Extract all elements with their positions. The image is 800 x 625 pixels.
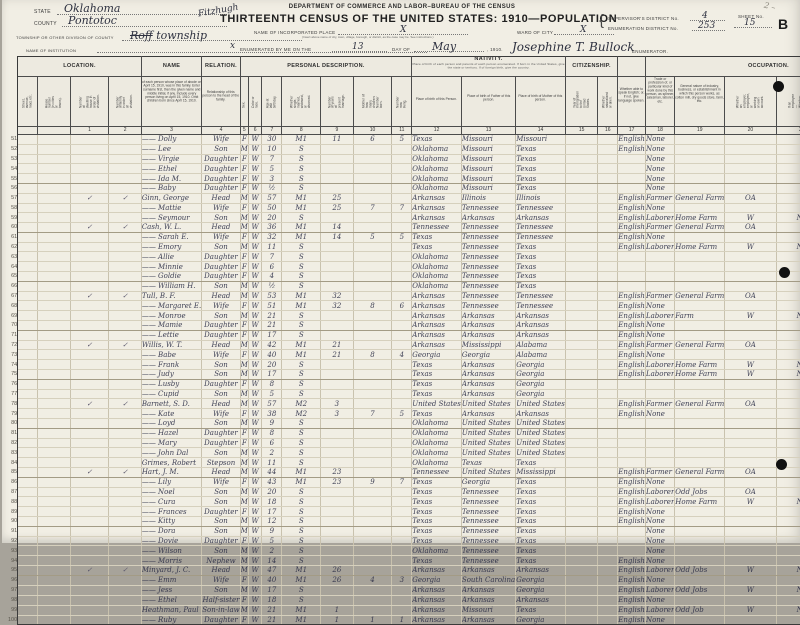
- cell-rl: Daughter: [202, 507, 240, 517]
- cell-fb: Tennessee: [461, 252, 515, 262]
- cell-ag: 18: [262, 497, 282, 507]
- column-header-text: House number (in cities or towns).: [45, 94, 62, 108]
- line-number: 88: [8, 497, 18, 507]
- line-number: 60: [8, 223, 18, 233]
- cell-cb: [353, 340, 392, 350]
- cell-clv: [392, 428, 412, 438]
- column-header-im: Year of immigration to the United States…: [565, 76, 597, 126]
- column-header-yr: Number of years of present marriage.: [321, 76, 353, 126]
- cell-yr: [321, 281, 353, 291]
- cell-ow: [776, 252, 800, 262]
- month-value: May: [432, 40, 456, 53]
- cell-yr: [321, 379, 353, 389]
- cell-sx: F: [240, 301, 248, 311]
- cell-sx: M: [240, 389, 248, 399]
- cell-st: [18, 428, 38, 438]
- cell-st: [18, 360, 38, 370]
- column-header-text: If an employee— Whether out of work on A…: [788, 94, 800, 108]
- column-header-lg: Whether able to speak English; or, if no…: [618, 76, 646, 126]
- cell-ind: [675, 517, 725, 527]
- cell-clv: [392, 497, 412, 507]
- cell-nm: —— Noel: [141, 487, 201, 497]
- census-row: 85✓✓Hart, J. M.HeadMW44M123TennesseeUnit…: [8, 468, 800, 478]
- cell-st: [18, 379, 38, 389]
- cell-im: [565, 526, 597, 536]
- cell-lg: English: [618, 321, 646, 331]
- cell-lg: [618, 536, 646, 546]
- cell-dw: [70, 389, 109, 399]
- township-value: Roff township: [130, 29, 207, 42]
- cell-nm: —— Judy: [141, 370, 201, 380]
- cell-cl: W: [248, 360, 262, 370]
- cell-dw: [70, 262, 109, 272]
- cell-em: [725, 232, 776, 242]
- cell-mr: S: [282, 154, 321, 164]
- cell-fm: [109, 311, 141, 321]
- cell-mb: Tennessee: [516, 291, 566, 301]
- cell-bp: Tennessee: [412, 468, 462, 478]
- cell-mb: Alabama: [516, 340, 566, 350]
- corner-pencil-mark: 2 –: [763, 1, 777, 13]
- cell-sx: M: [240, 242, 248, 252]
- cell-mr: S: [282, 507, 321, 517]
- cell-yr: 3: [321, 409, 353, 419]
- cell-clv: [392, 330, 412, 340]
- cell-ag: 10: [262, 144, 282, 154]
- cell-sx: F: [240, 350, 248, 360]
- cell-ag: 3: [262, 174, 282, 184]
- cell-im: [565, 517, 597, 527]
- cell-clv: [392, 223, 412, 233]
- cell-tr: [645, 448, 674, 458]
- column-number: 5: [240, 126, 248, 134]
- line-number: 54: [8, 164, 18, 174]
- line-number: 87: [8, 487, 18, 497]
- cell-cb: [353, 164, 392, 174]
- cell-fb: United States: [461, 399, 515, 409]
- cell-fb: Tennessee: [461, 203, 515, 213]
- column-number: [38, 126, 70, 134]
- line-number: 56: [8, 183, 18, 193]
- cell-na: [598, 134, 618, 144]
- cell-hn: [38, 291, 70, 301]
- cell-mb: Texas: [516, 144, 566, 154]
- cell-mr: S: [282, 458, 321, 468]
- cell-ow: [776, 164, 800, 174]
- cell-yr: 21: [321, 350, 353, 360]
- cell-fm: [109, 497, 141, 507]
- cell-em: [725, 438, 776, 448]
- cell-clv: 7: [392, 203, 412, 213]
- cell-na: [598, 154, 618, 164]
- cell-nm: Cash, W. L.: [141, 223, 201, 233]
- cell-em: [725, 321, 776, 331]
- cell-im: [565, 497, 597, 507]
- cell-fm: ✓: [109, 399, 141, 409]
- line-number: 51: [8, 134, 18, 144]
- department-line: DEPARTMENT OF COMMERCE AND LABOR–BUREAU …: [237, 4, 567, 10]
- cell-em: [725, 252, 776, 262]
- cell-im: [565, 311, 597, 321]
- cell-ind: Farm: [675, 311, 725, 321]
- column-number: 10: [353, 126, 392, 134]
- cell-clv: [392, 213, 412, 223]
- census-row: 60✓✓Cash, W. L.HeadMW36M114TennesseeTenn…: [8, 223, 800, 233]
- column-header-fm: Number of family in order of visitation.: [109, 76, 141, 126]
- census-row: 80—— LoydSonMW9SOklahomaUnited StatesUni…: [8, 419, 800, 429]
- cell-ag: 2: [262, 448, 282, 458]
- cell-cl: W: [248, 468, 262, 478]
- cell-dw: [70, 164, 109, 174]
- cell-cb: [353, 497, 392, 507]
- cell-rl: Daughter: [202, 438, 240, 448]
- column-number: 11: [392, 126, 412, 134]
- cell-im: [565, 203, 597, 213]
- cell-em: [725, 134, 776, 144]
- cell-dw: [70, 487, 109, 497]
- cell-na: [598, 526, 618, 536]
- cell-nm: —— Dora: [141, 526, 201, 536]
- cell-lg: English: [618, 330, 646, 340]
- cell-dw: [70, 321, 109, 331]
- form-header: STATE Oklahoma COUNTY Pontotoc TOWNSHIP …: [2, 0, 800, 56]
- census-row: 79—— KateWifeFW38M2375TexasArkansasArkan…: [8, 409, 800, 419]
- cell-sx: M: [240, 193, 248, 203]
- cell-cl: W: [248, 399, 262, 409]
- census-row: 62—— EmorySonMW11STexasTennesseeTexasEng…: [8, 242, 800, 252]
- line-number: 52: [8, 144, 18, 154]
- cell-im: [565, 389, 597, 399]
- cell-cl: W: [248, 448, 262, 458]
- cell-na: [598, 291, 618, 301]
- column-header-text: Number of family in order of visitation.: [116, 94, 133, 108]
- cell-im: [565, 144, 597, 154]
- census-row: 70—— MamieDaughterFW21SArkansasArkansasA…: [8, 321, 800, 331]
- line-number: 62: [8, 242, 18, 252]
- cell-hn: [38, 301, 70, 311]
- cell-rl: Son: [202, 517, 240, 527]
- column-group-header: PERSONAL DESCRIPTION.: [240, 57, 412, 77]
- cell-fm: [109, 517, 141, 527]
- cell-st: [18, 526, 38, 536]
- cell-dw: [70, 134, 109, 144]
- cell-hn: [38, 223, 70, 233]
- cell-ag: 6: [262, 262, 282, 272]
- line-number: 86: [8, 477, 18, 487]
- cell-fb: Texas: [461, 458, 515, 468]
- cell-ag: 57: [262, 193, 282, 203]
- sheet-value: 15: [744, 18, 755, 28]
- cell-mb: Arkansas: [516, 213, 566, 223]
- cell-ind: Odd Jobs: [675, 487, 725, 497]
- cell-nm: —— Monroe: [141, 311, 201, 321]
- cell-na: [598, 183, 618, 193]
- line-number: 71: [8, 330, 18, 340]
- cell-ag: 20: [262, 213, 282, 223]
- column-header-na: Whether naturalized or alien.: [598, 76, 618, 126]
- cell-mb: Arkansas: [516, 409, 566, 419]
- cell-ag: 50: [262, 203, 282, 213]
- cell-dw: ✓: [70, 468, 109, 478]
- cell-dw: [70, 350, 109, 360]
- cell-mr: S: [282, 311, 321, 321]
- line-number: 68: [8, 301, 18, 311]
- cell-na: [598, 262, 618, 272]
- ward-value: X: [580, 25, 586, 35]
- column-number: 20: [725, 126, 776, 134]
- cell-cl: W: [248, 497, 262, 507]
- cell-yr: 32: [321, 291, 353, 301]
- cell-mb: Georgia: [516, 370, 566, 380]
- census-row: 58—— MattieWifeFW50M12577ArkansasTenness…: [8, 203, 800, 213]
- cell-sx: F: [240, 507, 248, 517]
- cell-hn: [38, 370, 70, 380]
- cell-dw: ✓: [70, 399, 109, 409]
- cell-nm: —— Lily: [141, 477, 201, 487]
- cell-clv: [392, 154, 412, 164]
- cell-ag: 36: [262, 223, 282, 233]
- cell-cb: [353, 154, 392, 164]
- cell-fm: [109, 262, 141, 272]
- cell-ind: General Farm: [675, 193, 725, 203]
- cell-rl: Head: [202, 223, 240, 233]
- cell-mb: Texas: [516, 164, 566, 174]
- cell-tr: [645, 389, 674, 399]
- cell-mr: S: [282, 262, 321, 272]
- cell-ind: [675, 438, 725, 448]
- margin-cell: [8, 57, 18, 77]
- census-row: 72✓✓Willis, W. T.HeadMW42M121ArkansasMis…: [8, 340, 800, 350]
- cell-mb: Illinois: [516, 193, 566, 203]
- cell-fb: Missouri: [461, 144, 515, 154]
- cell-nm: —— Virgie: [141, 154, 201, 164]
- cell-ag: 57: [262, 399, 282, 409]
- cell-sx: M: [240, 311, 248, 321]
- cell-fb: Arkansas: [461, 321, 515, 331]
- column-header-clv: Number now living.: [392, 76, 412, 126]
- cell-em: [725, 272, 776, 282]
- cell-tr: Laborer: [645, 213, 674, 223]
- cell-cl: W: [248, 438, 262, 448]
- cell-cb: 9: [353, 477, 392, 487]
- cell-ow: No: [776, 370, 800, 380]
- cell-mr: S: [282, 360, 321, 370]
- cell-na: [598, 497, 618, 507]
- column-header-text: Age at last birthday.: [267, 94, 277, 108]
- cell-em: OA: [725, 193, 776, 203]
- cell-rl: Daughter: [202, 536, 240, 546]
- cell-mb: Texas: [516, 183, 566, 193]
- supervisor-label: SUPERVISOR'S DISTRICT No.: [608, 16, 679, 21]
- cell-yr: [321, 272, 353, 282]
- cell-ind: [675, 477, 725, 487]
- cell-em: [725, 379, 776, 389]
- line-number: 70: [8, 321, 18, 331]
- cell-fb: United States: [461, 468, 515, 478]
- cell-im: [565, 301, 597, 311]
- cell-ow: [776, 438, 800, 448]
- cell-yr: 23: [321, 468, 353, 478]
- cell-ow: [776, 203, 800, 213]
- census-row: 78✓✓Barnett, S. D.HeadMW57M23United Stat…: [8, 399, 800, 409]
- column-number: 1: [70, 126, 109, 134]
- cell-cb: 8: [353, 301, 392, 311]
- cell-lg: English: [618, 487, 646, 497]
- cell-fb: Tennessee: [461, 507, 515, 517]
- cell-sx: M: [240, 448, 248, 458]
- cell-mb: Georgia: [516, 360, 566, 370]
- cell-ow: [776, 389, 800, 399]
- cell-mb: Texas: [516, 281, 566, 291]
- cell-fb: Tennessee: [461, 223, 515, 233]
- cell-rl: Wife: [202, 409, 240, 419]
- line-number: 61: [8, 232, 18, 242]
- cell-cl: W: [248, 477, 262, 487]
- cell-rl: Son: [202, 213, 240, 223]
- cell-ow: [776, 477, 800, 487]
- cell-ind: [675, 409, 725, 419]
- cell-fm: [109, 448, 141, 458]
- cell-na: [598, 389, 618, 399]
- cell-cb: [353, 321, 392, 331]
- cell-cl: W: [248, 291, 262, 301]
- cell-ind: [675, 419, 725, 429]
- cell-im: [565, 193, 597, 203]
- cell-hn: [38, 272, 70, 282]
- cell-im: [565, 448, 597, 458]
- cell-mr: M1: [282, 134, 321, 144]
- cell-tr: None: [645, 517, 674, 527]
- cell-mb: Texas: [516, 458, 566, 468]
- column-header-text: Whether single, married, widowed, or div…: [291, 94, 312, 108]
- cell-fm: [109, 379, 141, 389]
- cell-ow: No: [776, 311, 800, 321]
- cell-ow: [776, 183, 800, 193]
- cell-ow: No: [776, 360, 800, 370]
- cell-rl: Son: [202, 487, 240, 497]
- cell-tr: None: [645, 301, 674, 311]
- cell-st: [18, 134, 38, 144]
- cell-sx: M: [240, 399, 248, 409]
- cell-clv: [392, 448, 412, 458]
- cell-fb: Missouri: [461, 154, 515, 164]
- cell-ag: 17: [262, 330, 282, 340]
- cell-cb: [353, 448, 392, 458]
- line-number: 72: [8, 340, 18, 350]
- cell-lg: English: [618, 223, 646, 233]
- census-row: 75—— JudySonMW17STexasArkansasGeorgiaEng…: [8, 370, 800, 380]
- cell-cl: W: [248, 370, 262, 380]
- cell-em: [725, 262, 776, 272]
- cell-tr: None: [645, 350, 674, 360]
- cell-em: [725, 174, 776, 184]
- cell-st: [18, 193, 38, 203]
- cell-yr: [321, 262, 353, 272]
- cell-fb: United States: [461, 428, 515, 438]
- cell-cl: W: [248, 262, 262, 272]
- cell-ag: 51: [262, 301, 282, 311]
- cell-clv: [392, 487, 412, 497]
- cell-yr: 23: [321, 477, 353, 487]
- cell-cb: 7: [353, 409, 392, 419]
- punch-hole: [773, 81, 784, 92]
- cell-bp: Oklahoma: [412, 262, 462, 272]
- cell-rl: Son: [202, 360, 240, 370]
- cell-hn: [38, 154, 70, 164]
- cell-clv: [392, 360, 412, 370]
- cell-cb: [353, 360, 392, 370]
- cell-st: [18, 272, 38, 282]
- cell-mb: United States: [516, 428, 566, 438]
- cell-em: W: [725, 497, 776, 507]
- cell-em: W: [725, 360, 776, 370]
- cell-dw: ✓: [70, 193, 109, 203]
- census-row: 51—— DollyWifeFW30M11165TexasMissouriMis…: [8, 134, 800, 144]
- cell-rl: Wife: [202, 134, 240, 144]
- cell-st: [18, 311, 38, 321]
- column-number: 18: [645, 126, 674, 134]
- cell-hn: [38, 448, 70, 458]
- cell-tr: [645, 281, 674, 291]
- cell-cl: W: [248, 487, 262, 497]
- cell-tr: [645, 379, 674, 389]
- cell-em: W: [725, 370, 776, 380]
- census-table: LOCATION.NAMERELATION.PERSONAL DESCRIPTI…: [8, 56, 800, 549]
- cell-na: [598, 536, 618, 546]
- cell-fm: [109, 477, 141, 487]
- line-number: 89: [8, 507, 18, 517]
- cell-ind: [675, 134, 725, 144]
- punch-hole: [779, 267, 790, 278]
- cell-nm: Hart, J. M.: [141, 468, 201, 478]
- cell-rl: Son: [202, 526, 240, 536]
- cell-bp: Tennessee: [412, 223, 462, 233]
- census-row: 76—— LusbyDaughterFW8STexasArkansasGeorg…: [8, 379, 800, 389]
- cell-yr: [321, 458, 353, 468]
- cell-rl: Son: [202, 389, 240, 399]
- cell-sx: F: [240, 183, 248, 193]
- cell-ind: General Farm: [675, 399, 725, 409]
- cell-st: [18, 458, 38, 468]
- column-header-ag: Age at last birthday.: [262, 76, 282, 126]
- cell-st: [18, 203, 38, 213]
- column-header-text: General nature of industry, business, or…: [675, 84, 724, 103]
- cell-lg: English: [618, 291, 646, 301]
- cell-ind: [675, 379, 725, 389]
- cell-fm: [109, 350, 141, 360]
- cell-ag: 11: [262, 242, 282, 252]
- cell-fb: Tennessee: [461, 281, 515, 291]
- cell-tr: None: [645, 330, 674, 340]
- cell-bp: Arkansas: [412, 193, 462, 203]
- column-group-header: RELATION.: [202, 57, 240, 77]
- census-row: 68—— Margaret E.WifeFW51M13286ArkansasTe…: [8, 301, 800, 311]
- cell-cb: [353, 379, 392, 389]
- cell-lg: [618, 526, 646, 536]
- cell-cb: [353, 213, 392, 223]
- line-number: 74: [8, 360, 18, 370]
- cell-sx: F: [240, 134, 248, 144]
- cell-clv: [392, 242, 412, 252]
- line-number: 58: [8, 203, 18, 213]
- cell-na: [598, 144, 618, 154]
- cell-clv: 5: [392, 409, 412, 419]
- column-number: 15: [565, 126, 597, 134]
- enumerated-day: 13: [352, 42, 363, 52]
- cell-yr: [321, 164, 353, 174]
- cell-em: [725, 144, 776, 154]
- cell-mb: Tennessee: [516, 232, 566, 242]
